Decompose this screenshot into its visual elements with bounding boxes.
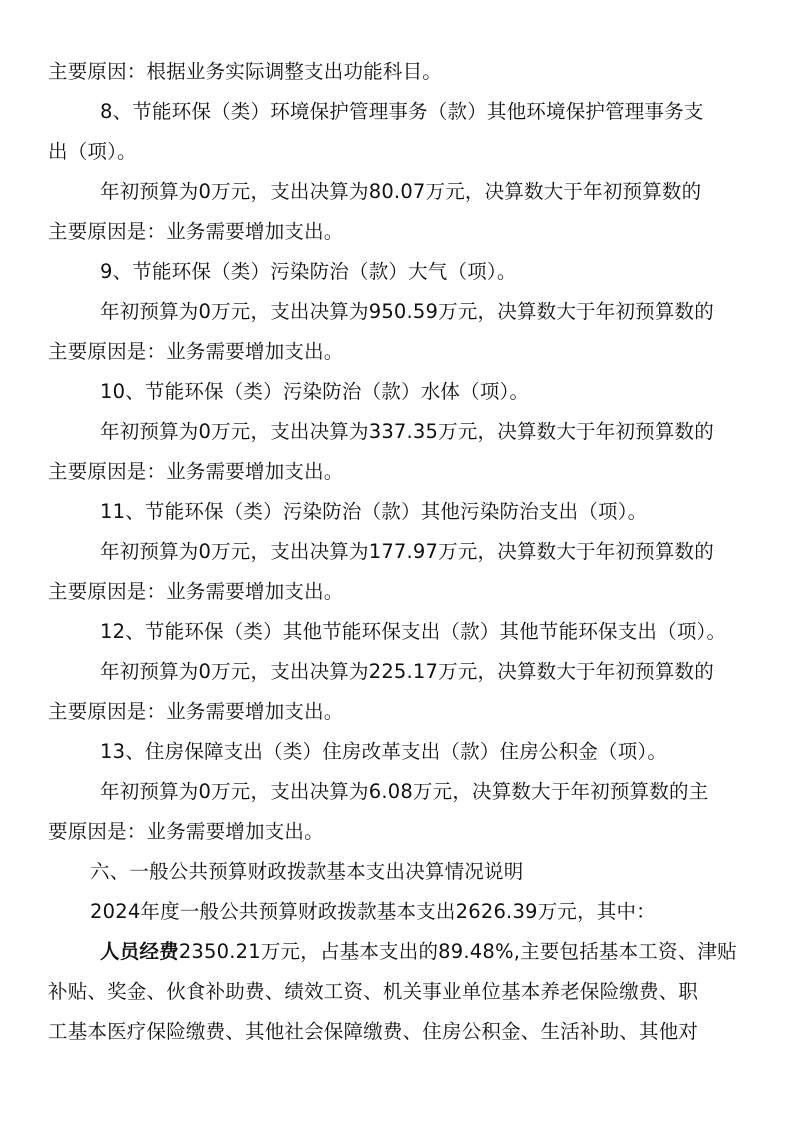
item-10-detail: 年初预算为0万元，支出决算为337.35万元，决算数大于年初预算数的 bbox=[48, 412, 746, 452]
text-line: 出（项）。 bbox=[48, 132, 746, 172]
item-13-title: 13、住房保障支出（类）住房改革支出（款）住房公积金（项）。 bbox=[48, 732, 746, 772]
text-line: 工基本医疗保险缴费、其他社会保障缴费、住房公积金、生活补助、其他对 bbox=[48, 1012, 746, 1052]
text-line: 主要原因是：业务需要增加支出。 bbox=[48, 212, 746, 252]
personnel-expense-text: 2350.21万元，占基本支出的89.48%,主要包括基本工资、津贴 bbox=[179, 940, 737, 963]
item-8-title: 8、节能环保（类）环境保护管理事务（款）其他环境保护管理事务支 bbox=[48, 92, 746, 132]
document-page: 主要原因：根据业务实际调整支出功能科目。 8、节能环保（类）环境保护管理事务（款… bbox=[48, 52, 746, 1052]
text-line: 主要原因是：业务需要增加支出。 bbox=[48, 332, 746, 372]
item-11-title: 11、节能环保（类）污染防治（款）其他污染防治支出（项）。 bbox=[48, 492, 746, 532]
text-line: 主要原因：根据业务实际调整支出功能科目。 bbox=[48, 52, 746, 92]
item-10-title: 10、节能环保（类）污染防治（款）水体（项）。 bbox=[48, 372, 746, 412]
personnel-expense-line: 人员经费2350.21万元，占基本支出的89.48%,主要包括基本工资、津贴 bbox=[48, 932, 746, 972]
item-13-detail: 年初预算为0万元，支出决算为6.08万元，决算数大于年初预算数的主 bbox=[48, 772, 746, 812]
basic-expenditure-summary: 2024年度一般公共预算财政拨款基本支出2626.39万元，其中： bbox=[48, 892, 746, 932]
text-line: 主要原因是：业务需要增加支出。 bbox=[48, 572, 746, 612]
item-12-title: 12、节能环保（类）其他节能环保支出（款）其他节能环保支出（项）。 bbox=[48, 612, 746, 652]
item-12-detail: 年初预算为0万元，支出决算为225.17万元，决算数大于年初预算数的 bbox=[48, 652, 746, 692]
item-11-detail: 年初预算为0万元，支出决算为177.97万元，决算数大于年初预算数的 bbox=[48, 532, 746, 572]
text-line: 要原因是：业务需要增加支出。 bbox=[48, 812, 746, 852]
text-line: 补贴、奖金、伙食补助费、绩效工资、机关事业单位基本养老保险缴费、职 bbox=[48, 972, 746, 1012]
text-line: 主要原因是：业务需要增加支出。 bbox=[48, 692, 746, 732]
item-9-detail: 年初预算为0万元，支出决算为950.59万元，决算数大于年初预算数的 bbox=[48, 292, 746, 332]
item-8-detail: 年初预算为0万元，支出决算为80.07万元，决算数大于年初预算数的 bbox=[48, 172, 746, 212]
item-9-title: 9、节能环保（类）污染防治（款）大气（项）。 bbox=[48, 252, 746, 292]
text-line: 主要原因是：业务需要增加支出。 bbox=[48, 452, 746, 492]
section-heading: 六、一般公共预算财政拨款基本支出决算情况说明 bbox=[48, 852, 746, 892]
personnel-expense-label: 人员经费 bbox=[100, 940, 179, 963]
